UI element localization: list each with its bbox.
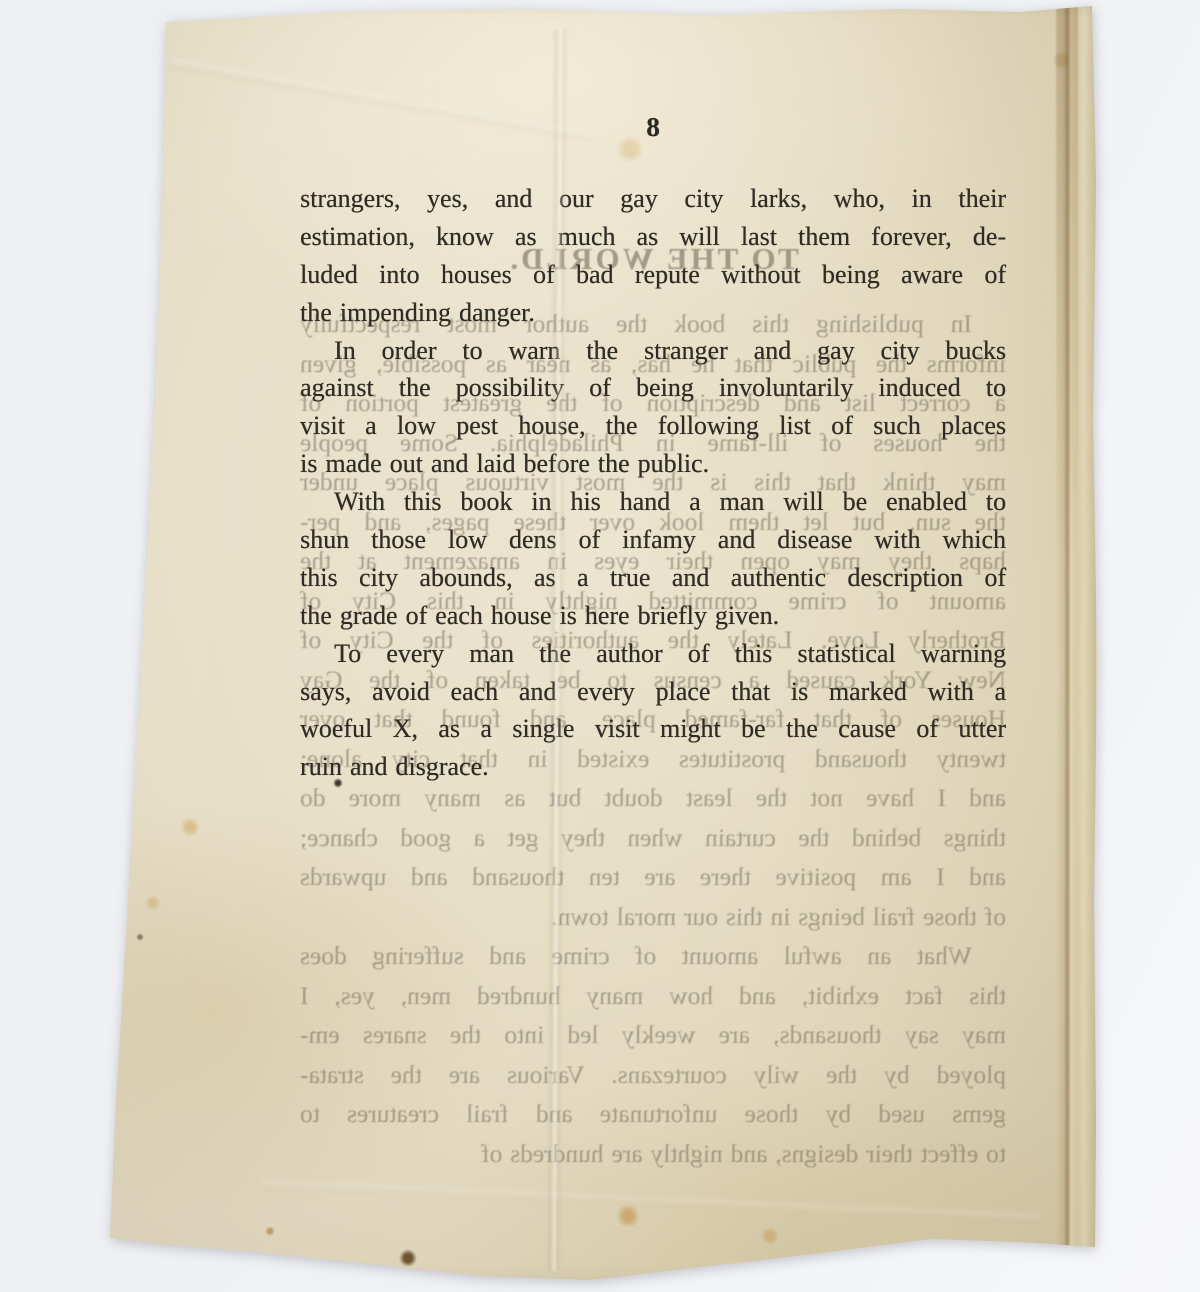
bleed-line: New York caused a census to be taken of … bbox=[300, 660, 1006, 700]
text-line: To every man the author of this statisti… bbox=[300, 635, 1006, 673]
text-line: ruin and disgrace. bbox=[300, 748, 1006, 786]
text-line: luded into houses of bad repute without … bbox=[300, 256, 1006, 294]
bleed-line: may think that this is the most virtuous… bbox=[300, 462, 1006, 502]
page-number: 8 bbox=[300, 112, 1006, 143]
text-line: woeful X, as a single visit might be the… bbox=[300, 710, 1006, 748]
text-line: visit a low pest house, the following li… bbox=[300, 407, 1006, 445]
bleed-through-text: TO THE WORLD. In publishing this book th… bbox=[300, 238, 1006, 1173]
text-line: In order to warn the stranger and gay ci… bbox=[300, 332, 1006, 370]
bleed-line: of those frail beings in this our moral … bbox=[300, 897, 1006, 937]
bleed-line: may say thousands, are weekly led into t… bbox=[300, 1015, 1006, 1055]
bleed-line: this fact exhibit, and how many hundred … bbox=[300, 976, 1006, 1016]
top-left-crease bbox=[169, 58, 594, 143]
bleed-line: twenty thousand prostitutes existed in t… bbox=[300, 739, 1006, 779]
bleed-line: Brotherly Love. Lately the authorities o… bbox=[300, 620, 1006, 660]
text-line: against the possibility of being involun… bbox=[300, 369, 1006, 407]
text-line: the grade of each house is here briefly … bbox=[300, 597, 1006, 635]
bleed-line: a correct list and description of the gr… bbox=[300, 383, 1006, 423]
bleed-heading: TO THE WORLD. bbox=[300, 238, 1006, 280]
text-line: is made out and laid before the public. bbox=[300, 445, 1006, 483]
bleed-line: amount of crime committed nightly in thi… bbox=[300, 581, 1006, 621]
right-fold-crease bbox=[1056, 2, 1078, 1248]
bleed-line: haps they may open their eyes in amazeme… bbox=[300, 541, 1006, 581]
bleed-line: the sun, but let them look over these pa… bbox=[300, 502, 1006, 542]
bleed-line: In publishing this book the author most … bbox=[300, 304, 1006, 344]
bleed-line: informs the public that he has, as near … bbox=[300, 344, 1006, 384]
text-line: the impending danger. bbox=[300, 294, 1006, 332]
bleed-line: to effect their designs, and nightly are… bbox=[300, 1134, 1006, 1174]
bleed-line: Houses of that far-famed place, and foun… bbox=[300, 699, 1006, 739]
bleed-line: things behind the curtain when they get … bbox=[300, 818, 1006, 858]
bottom-crease bbox=[260, 1180, 1040, 1223]
paper-shadow-wrap: TO THE WORLD. In publishing this book th… bbox=[0, 0, 1200, 1292]
bleed-line: and I have not the least doubt but as ma… bbox=[300, 778, 1006, 818]
scanned-document: { "document": { "page_number": "8", "bod… bbox=[0, 0, 1200, 1292]
bleed-line: ployed by the wily courtezans. Various a… bbox=[300, 1055, 1006, 1095]
text-line: says, avoid each and every place that is… bbox=[300, 673, 1006, 711]
bleed-line: and I am positive there are ten thousand… bbox=[300, 857, 1006, 897]
text-line: this city abounds, as a true and authent… bbox=[300, 559, 1006, 597]
text-line: With this book in his hand a man will be… bbox=[300, 483, 1006, 521]
text-line: shun those low dens of infamy and diseas… bbox=[300, 521, 1006, 559]
bleed-line: gems used by those unfortunate and frail… bbox=[300, 1094, 1006, 1134]
bleed-line: the houses of ill-fame in Philadelphia. … bbox=[300, 423, 1006, 463]
text-line: strangers, yes, and our gay city larks, … bbox=[300, 180, 1006, 218]
folded-page-edge bbox=[1072, 5, 1096, 1247]
center-fold-crease bbox=[546, 30, 568, 1270]
paper: TO THE WORLD. In publishing this book th… bbox=[0, 0, 1200, 1292]
body-text: strangers, yes, and our gay city larks, … bbox=[300, 180, 1006, 786]
bleed-line: What an awful amount of crime and suffer… bbox=[300, 936, 1006, 976]
text-line: estimation, know as much as will last th… bbox=[300, 218, 1006, 256]
